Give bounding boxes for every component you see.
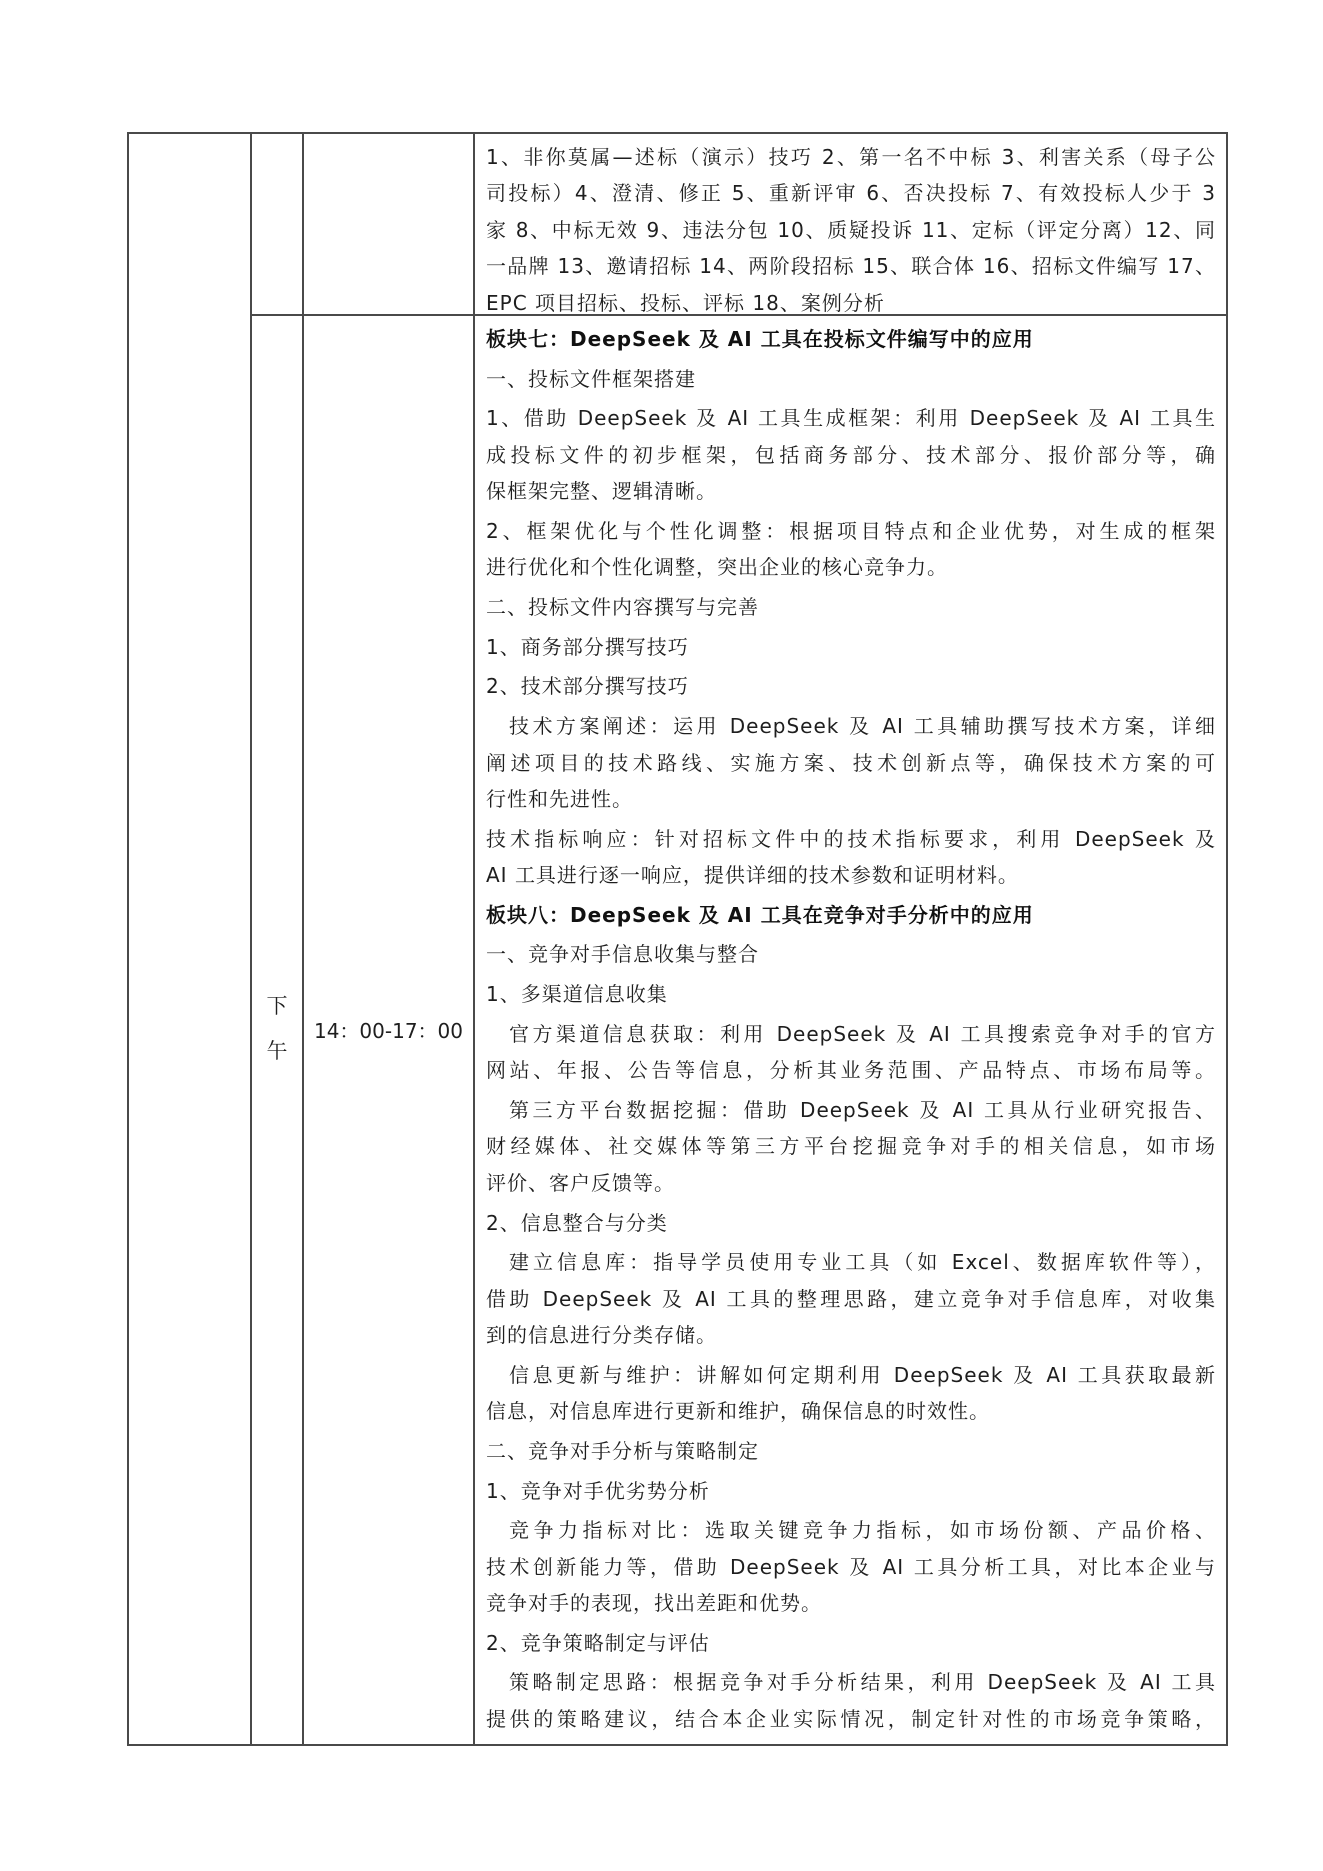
text-line: 评价、客户反馈等。 <box>486 1165 1216 1201</box>
text-line: AI 工具进行逐一响应，提供详细的技术参数和证明材料。 <box>486 857 1216 893</box>
text-line: 技术方案阐述：运用 DeepSeek 及 AI 工具辅助撰写技术方案，详细 <box>486 708 1216 744</box>
text-line: 保框架完整、逻辑清晰。 <box>486 473 1216 509</box>
paragraph: 二、竞争对手分析与策略制定 <box>486 1433 1216 1469</box>
table-column-divider-3 <box>473 132 475 1746</box>
section-heading: 板块七：DeepSeek 及 AI 工具在投标文件编写中的应用 <box>486 321 1216 357</box>
text-line: 第三方平台数据挖掘：借助 DeepSeek 及 AI 工具从行业研究报告、 <box>486 1092 1216 1128</box>
text-line: 提供的策略建议，结合本企业实际情况，制定针对性的市场竞争策略， <box>486 1701 1216 1737</box>
time-label: 14：00-17：00 <box>314 1015 463 1044</box>
text-line: 一品牌 13、邀请招标 14、两阶段招标 15、联合体 16、招标文件编写 17… <box>486 248 1216 284</box>
text-line: 司投标）4、澄清、修正 5、重新评审 6、否决投标 7、有效投标人少于 3 <box>486 175 1216 211</box>
text-line: 2、竞争策略制定与评估 <box>486 1625 1216 1661</box>
section-heading: 板块八：DeepSeek 及 AI 工具在竞争对手分析中的应用 <box>486 897 1216 933</box>
paragraph: 1、非你莫属—述标（演示）技巧 2、第一名不中标 3、利害关系（母子公司投标）4… <box>486 139 1216 321</box>
paragraph: 第三方平台数据挖掘：借助 DeepSeek 及 AI 工具从行业研究报告、财经媒… <box>486 1092 1216 1201</box>
text-line: 财经媒体、社交媒体等第三方平台挖掘竞争对手的相关信息，如市场 <box>486 1128 1216 1164</box>
text-line: 一、投标文件框架搭建 <box>486 361 1216 397</box>
table-border-bottom <box>127 1744 1228 1746</box>
paragraph: 2、框架优化与个性化调整：根据项目特点和企业优势，对生成的框架进行优化和个性化调… <box>486 513 1216 586</box>
text-line: 到的信息进行分类存储。 <box>486 1317 1216 1353</box>
text-line: 建立信息库：指导学员使用专业工具（如 Excel、数据库软件等）， <box>486 1244 1216 1280</box>
paragraph: 技术方案阐述：运用 DeepSeek 及 AI 工具辅助撰写技术方案，详细阐述项… <box>486 708 1216 817</box>
text-line: 信息，对信息库进行更新和维护，确保信息的时效性。 <box>486 1393 1216 1429</box>
text-line: 二、竞争对手分析与策略制定 <box>486 1433 1216 1469</box>
text-line: 官方渠道信息获取：利用 DeepSeek 及 AI 工具搜索竞争对手的官方 <box>486 1016 1216 1052</box>
text-line: 家 8、中标无效 9、违法分包 10、质疑投诉 11、定标（评定分离）12、同 <box>486 212 1216 248</box>
paragraph: 二、投标文件内容撰写与完善 <box>486 589 1216 625</box>
paragraph: 1、商务部分撰写技巧 <box>486 629 1216 665</box>
paragraph: 一、投标文件框架搭建 <box>486 361 1216 397</box>
table-border-right <box>1226 132 1228 1746</box>
text-line: 信息更新与维护：讲解如何定期利用 DeepSeek 及 AI 工具获取最新 <box>486 1357 1216 1393</box>
paragraph: 策略制定思路：根据竞争对手分析结果，利用 DeepSeek 及 AI 工具提供的… <box>486 1664 1216 1737</box>
text-line: 1、非你莫属—述标（演示）技巧 2、第一名不中标 3、利害关系（母子公 <box>486 139 1216 175</box>
document-page: 下午 14：00-17：00 1、非你莫属—述标（演示）技巧 2、第一名不中标 … <box>0 0 1323 1871</box>
text-line: EPC 项目招标、投标、评标 18、案例分析 <box>486 285 1216 321</box>
text-line: 阐述项目的技术路线、实施方案、技术创新点等，确保技术方案的可 <box>486 745 1216 781</box>
text-line: 进行优化和个性化调整，突出企业的核心竞争力。 <box>486 549 1216 585</box>
paragraph: 1、竞争对手优劣势分析 <box>486 1473 1216 1509</box>
table-border-top <box>127 132 1228 134</box>
date-cell <box>129 134 250 1744</box>
period-cell: 下午 <box>252 316 302 1742</box>
paragraph: 竞争力指标对比：选取关键竞争力指标，如市场份额、产品价格、技术创新能力等，借助 … <box>486 1512 1216 1621</box>
text-line: 2、技术部分撰写技巧 <box>486 668 1216 704</box>
text-line: 1、多渠道信息收集 <box>486 976 1216 1012</box>
paragraph: 建立信息库：指导学员使用专业工具（如 Excel、数据库软件等），借助 Deep… <box>486 1244 1216 1353</box>
text-line: 策略制定思路：根据竞争对手分析结果，利用 DeepSeek 及 AI 工具 <box>486 1664 1216 1700</box>
paragraph: 一、竞争对手信息收集与整合 <box>486 936 1216 972</box>
paragraph: 2、技术部分撰写技巧 <box>486 668 1216 704</box>
paragraph: 官方渠道信息获取：利用 DeepSeek 及 AI 工具搜索竞争对手的官方网站、… <box>486 1016 1216 1089</box>
text-line: 1、竞争对手优劣势分析 <box>486 1473 1216 1509</box>
content-cell-row2: 板块七：DeepSeek 及 AI 工具在投标文件编写中的应用一、投标文件框架搭… <box>486 321 1216 1741</box>
text-line: 网站、年报、公告等信息，分析其业务范围、产品特点、市场布局等。 <box>486 1052 1216 1088</box>
paragraph: 信息更新与维护：讲解如何定期利用 DeepSeek 及 AI 工具获取最新信息，… <box>486 1357 1216 1430</box>
text-line: 板块八：DeepSeek 及 AI 工具在竞争对手分析中的应用 <box>486 897 1216 933</box>
text-line: 1、借助 DeepSeek 及 AI 工具生成框架：利用 DeepSeek 及 … <box>486 400 1216 436</box>
text-line: 竞争力指标对比：选取关键竞争力指标，如市场份额、产品价格、 <box>486 1512 1216 1548</box>
text-line: 2、框架优化与个性化调整：根据项目特点和企业优势，对生成的框架 <box>486 513 1216 549</box>
period-label: 下午 <box>265 984 289 1074</box>
paragraph: 2、信息整合与分类 <box>486 1205 1216 1241</box>
text-line: 二、投标文件内容撰写与完善 <box>486 589 1216 625</box>
text-line: 1、商务部分撰写技巧 <box>486 629 1216 665</box>
text-line: 2、信息整合与分类 <box>486 1205 1216 1241</box>
paragraph: 1、借助 DeepSeek 及 AI 工具生成框架：利用 DeepSeek 及 … <box>486 400 1216 509</box>
text-line: 技术创新能力等，借助 DeepSeek 及 AI 工具分析工具，对比本企业与 <box>486 1549 1216 1585</box>
text-line: 行性和先进性。 <box>486 781 1216 817</box>
paragraph: 1、多渠道信息收集 <box>486 976 1216 1012</box>
paragraph: 2、竞争策略制定与评估 <box>486 1625 1216 1661</box>
text-line: 一、竞争对手信息收集与整合 <box>486 936 1216 972</box>
paragraph: 技术指标响应：针对招标文件中的技术指标要求，利用 DeepSeek 及AI 工具… <box>486 821 1216 894</box>
text-line: 技术指标响应：针对招标文件中的技术指标要求，利用 DeepSeek 及 <box>486 821 1216 857</box>
text-line: 板块七：DeepSeek 及 AI 工具在投标文件编写中的应用 <box>486 321 1216 357</box>
text-line: 借助 DeepSeek 及 AI 工具的整理思路，建立竞争对手信息库，对收集 <box>486 1281 1216 1317</box>
text-line: 成投标文件的初步框架，包括商务部分、技术部分、报价部分等，确 <box>486 437 1216 473</box>
content-cell-row1: 1、非你莫属—述标（演示）技巧 2、第一名不中标 3、利害关系（母子公司投标）4… <box>486 139 1216 324</box>
time-cell: 14：00-17：00 <box>304 316 473 1742</box>
text-line: 竞争对手的表现，找出差距和优势。 <box>486 1585 1216 1621</box>
